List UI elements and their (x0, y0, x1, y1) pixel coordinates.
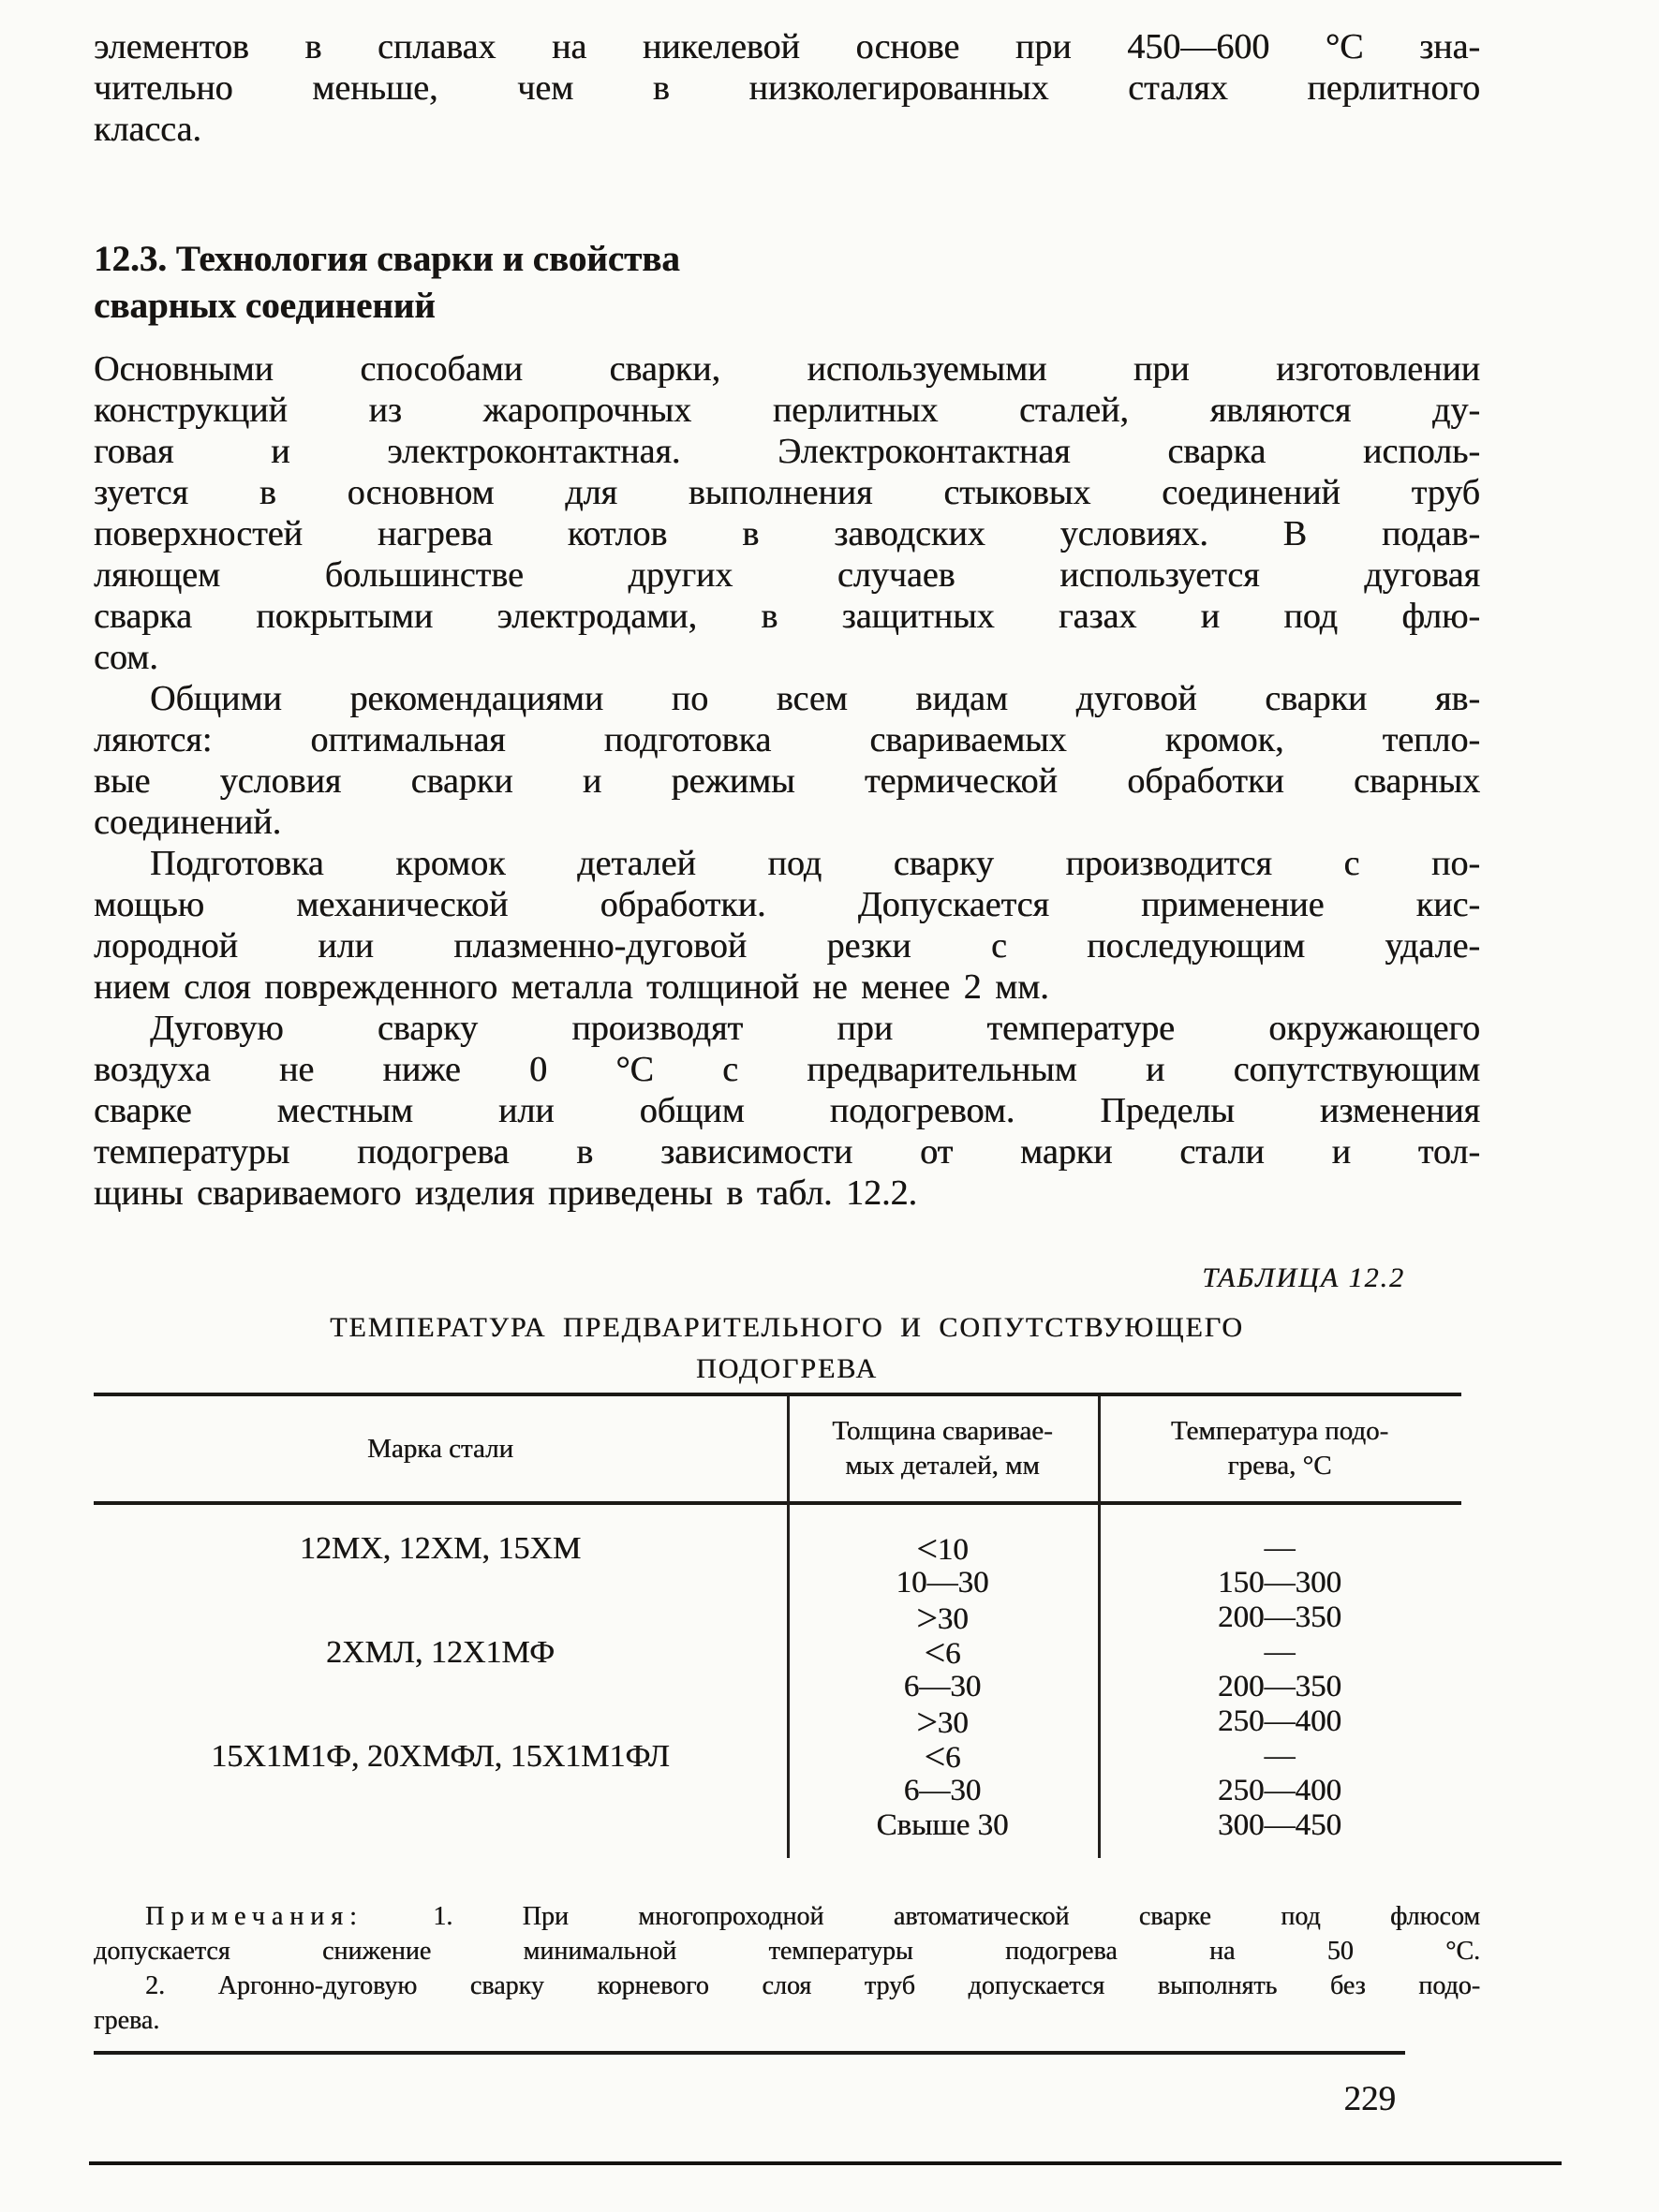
comparison-sign: < (924, 1631, 945, 1674)
thickness-value: <6 (787, 1635, 1098, 1670)
page-number: 229 (94, 2079, 1480, 2119)
section-heading: 12.3. Технология сварки и свойства сварн… (94, 236, 1480, 330)
header-line: Марка стали (94, 1432, 787, 1467)
thickness-value: <6 (787, 1739, 1098, 1774)
temperature-column: —150—300200—350—200—350250—400—250—40030… (1098, 1531, 1461, 1843)
text-line: сом. (94, 637, 1480, 678)
column-header-steel-grade: Марка стали (94, 1396, 787, 1501)
section-heading-line: 12.3. Технология сварки и свойства (94, 236, 1480, 283)
column-header-temperature: Температура подо- грева, °С (1098, 1396, 1461, 1501)
bottom-rule (89, 2161, 1562, 2165)
temperature-value: — (1098, 1739, 1461, 1774)
steel-grade-label: 15Х1М1Ф, 20ХМФЛ, 15Х1М1ФЛ (94, 1739, 787, 1774)
header-line: грева, °С (1098, 1449, 1461, 1483)
note-line: 2. Аргонно-дуговую сварку корневого слоя… (94, 1969, 1480, 2003)
steel-grade-column: 12МХ, 12ХМ, 15ХМ2ХМЛ, 12Х1МФ15Х1М1Ф, 20Х… (94, 1505, 787, 1871)
temperature-value: — (1098, 1531, 1461, 1566)
text-line: вые условия сварки и режимы термической … (94, 760, 1480, 802)
thickness-value: >30 (787, 1704, 1098, 1739)
paragraph: Подготовка кромок деталей под сварку про… (94, 843, 1480, 1008)
text-line: сварке местным или общим подогревом. Пре… (94, 1090, 1480, 1131)
thickness-value: >30 (787, 1600, 1098, 1635)
steel-grade-label: 2ХМЛ, 12Х1МФ (94, 1635, 787, 1670)
table-title: ТЕМПЕРАТУРА ПРЕДВАРИТЕЛЬНОГО И СОПУТСТВУ… (94, 1307, 1480, 1390)
temperature-value: 300—450 (1098, 1808, 1461, 1843)
thickness-value: 6—30 (787, 1774, 1098, 1808)
temperature-value: 250—400 (1098, 1704, 1461, 1739)
paragraph: Основными способами сварки, используемым… (94, 348, 1480, 678)
data-table: Марка стали Толщина сваривае- мых детале… (94, 1393, 1461, 1871)
column-header-thickness: Толщина сваривае- мых деталей, мм (787, 1396, 1098, 1501)
text-line: Подготовка кромок деталей под сварку про… (94, 843, 1480, 884)
thickness-value: 10—30 (787, 1566, 1098, 1600)
text-line: соединений. (94, 802, 1480, 843)
table-header-row: Марка стали Толщина сваривае- мых детале… (94, 1396, 1461, 1501)
section-heading-line: сварных соединений (94, 283, 1480, 330)
text-line: Общими рекомендациями по всем видам дуго… (94, 678, 1480, 719)
text-line: поверхностей нагрева котлов в заводских … (94, 513, 1480, 554)
text-column: элементов в сплавах на никелевой основе … (94, 0, 1480, 2119)
text-line: Основными способами сварки, используемым… (94, 348, 1480, 390)
text-line: щины свариваемого изделия приведены в та… (94, 1172, 1480, 1214)
text-line: элементов в сплавах на никелевой основе … (94, 26, 1480, 67)
note-text: 1. При многопроходной автоматической сва… (433, 1902, 1480, 1931)
table-title-line: ПОДОГРЕВА (94, 1349, 1480, 1390)
body-paragraphs: Основными способами сварки, используемым… (94, 348, 1480, 1214)
steel-grade-label: 12МХ, 12ХМ, 15ХМ (94, 1531, 787, 1566)
header-line: Температура подо- (1098, 1414, 1461, 1449)
text-line: лородной или плазменно-дуговой резки с п… (94, 925, 1480, 966)
thickness-column: <1010—30>30<66—30>30<66—30Свыше 30 (787, 1531, 1098, 1843)
text-line: нием слоя поврежденного металла толщиной… (94, 966, 1480, 1008)
text-line: говая и электроконтактная. Электроконтак… (94, 431, 1480, 472)
header-line: мых деталей, мм (787, 1449, 1098, 1483)
text-line: воздуха не ниже 0 °С с предварительным и… (94, 1049, 1480, 1090)
text-line: зуется в основном для выполнения стыковы… (94, 472, 1480, 513)
table-vertical-divider (1098, 1396, 1101, 1858)
paragraph: Дуговую сварку производят при температур… (94, 1008, 1480, 1214)
text-line: температуры подогрева в зависимости от м… (94, 1131, 1480, 1172)
thickness-value: <10 (787, 1531, 1098, 1566)
scanned-book-page: элементов в сплавах на никелевой основе … (0, 0, 1659, 2212)
comparison-sign: < (924, 1735, 945, 1777)
notes-section: Примечания: 1. При многопроходной автома… (94, 1899, 1480, 2038)
note-line: Примечания: 1. При многопроходной автома… (94, 1899, 1480, 1934)
text-line: Дуговую сварку производят при температур… (94, 1008, 1480, 1049)
table-body: 12МХ, 12ХМ, 15ХМ2ХМЛ, 12Х1МФ15Х1М1Ф, 20Х… (94, 1505, 1461, 1871)
text-line: сварка покрытыми электродами, в защитных… (94, 596, 1480, 637)
thickness-value: Свыше 30 (787, 1808, 1098, 1843)
note-line: допускается снижение минимальной темпера… (94, 1934, 1480, 1969)
text-line: конструкций из жаропрочных перлитных ста… (94, 390, 1480, 431)
temperature-value: 200—350 (1098, 1670, 1461, 1704)
header-line: Толщина сваривае- (787, 1414, 1098, 1449)
table-caption: ТАБЛИЦА 12.2 (94, 1262, 1480, 1294)
text-line: ляются: оптимальная подготовка свариваем… (94, 719, 1480, 760)
table-vertical-divider (787, 1396, 790, 1858)
paragraph: Общими рекомендациями по всем видам дуго… (94, 678, 1480, 843)
table-title-line: ТЕМПЕРАТУРА ПРЕДВАРИТЕЛЬНОГО И СОПУТСТВУ… (94, 1307, 1480, 1349)
comparison-sign: < (916, 1527, 938, 1570)
footnote-rule (94, 2051, 1405, 2055)
notes-label: Примечания: (145, 1902, 363, 1931)
intro-paragraph: элементов в сплавах на никелевой основе … (94, 26, 1480, 150)
text-line: класса. (94, 109, 1480, 150)
thickness-value: 6—30 (787, 1670, 1098, 1704)
note-line: грева. (94, 2003, 1480, 2038)
temperature-value: 200—350 (1098, 1600, 1461, 1635)
temperature-value: — (1098, 1635, 1461, 1670)
text-line: чительно меньше, чем в низколегированных… (94, 67, 1480, 109)
temperature-value: 250—400 (1098, 1774, 1461, 1808)
temperature-value: 150—300 (1098, 1566, 1461, 1600)
text-line: мощью механической обработки. Допускаетс… (94, 884, 1480, 925)
text-line: ляющем большинстве других случаев исполь… (94, 554, 1480, 596)
